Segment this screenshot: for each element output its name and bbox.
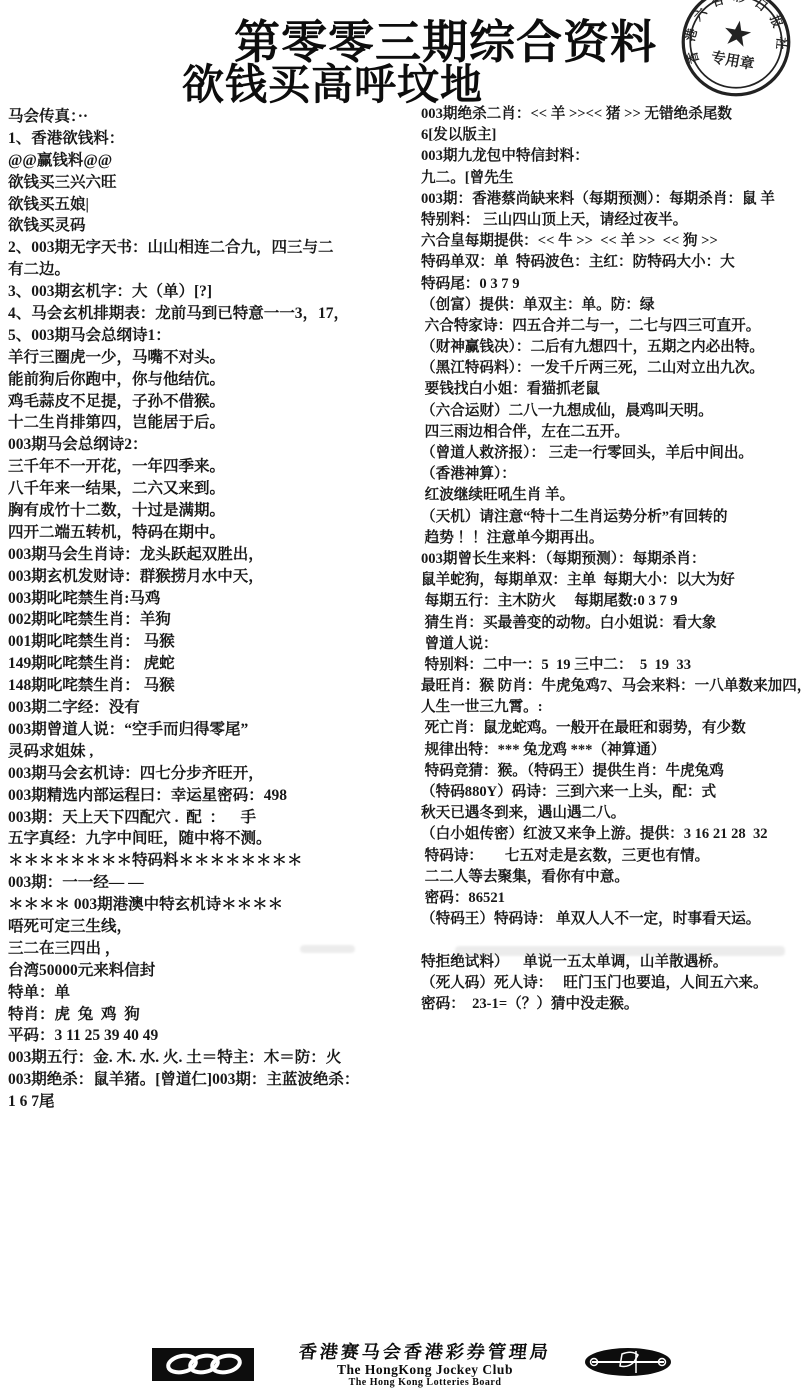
text-line: 003期绝杀二肖：<< 羊 >><< 猪 >> 无错绝杀尾数 <box>421 104 807 125</box>
text-line: 灵码求姐妹 , <box>8 741 418 763</box>
text-line: 4、马会玄机排期表：龙前马到已特意一一3，17， <box>8 303 418 325</box>
right-column: 003期绝杀二肖：<< 羊 >><< 猪 >> 无错绝杀尾数6[发以版主]003… <box>421 104 807 1015</box>
scan-noise <box>455 946 785 956</box>
text-line: 九二。[曾先生 <box>421 168 807 189</box>
text-line: （香港神算）： <box>421 464 807 485</box>
text-line: 1、香港欲钱料： <box>8 128 418 150</box>
text-line: 003期曾长生来料：（每期预测）：每期杀肖： <box>421 549 807 570</box>
footer: 香港赛马会香港彩券管理局 The HongKong Jockey Club Th… <box>0 1338 807 1388</box>
text-line: 密码： 23-1=（？）猜中没走猴。 <box>421 994 807 1015</box>
text-line: 胸有成竹十二数，十过是满期。 <box>8 500 418 522</box>
text-line: 特别料： 三山四山顶上天，请经过夜半。 <box>421 210 807 231</box>
text-line: 3、003期玄机字：大（单）[?] <box>8 281 418 303</box>
text-line: 三千年不一开花，一年四季来。 <box>8 456 418 478</box>
text-line: （曾道人救济报）： 三走一行零回头，羊后中间出。 <box>421 443 807 464</box>
text-line: 秋天已遇冬到来，遇山遇二八。 <box>421 803 807 824</box>
footer-text: 香港赛马会香港彩券管理局 The HongKong Jockey Club Th… <box>270 1338 580 1388</box>
text-line: 鼠羊蛇狗，每期单双：主单 每期大小：以大为好 <box>421 570 807 591</box>
stamp: 香港六合彩日报社 ★ 专用章 <box>671 0 801 107</box>
text-line: （特码王）特码诗： 单双人人不一定，时事看天运。 <box>421 909 807 930</box>
page-title-line-2: 欲钱买高呼坟地 <box>182 52 483 112</box>
text-line: 有二边。 <box>8 259 418 281</box>
text-line: 003期叱咤禁生肖:马鸡 <box>8 588 418 610</box>
text-line: 003期马会总纲诗2： <box>8 434 418 456</box>
text-line: 特别料：二中一：5 19 三中二： 5 19 33 <box>421 655 807 676</box>
text-line: 十二生肖排第四，岂能居于后。 <box>8 412 418 434</box>
text-line: 003期马会玄机诗：四七分步齐旺开， <box>8 763 418 785</box>
text-line: 猜生肖：买最善变的动物。白小姐说：看大象 <box>421 613 807 634</box>
text-line: （天机）请注意“特十二生肖运势分析”有回转的 <box>421 507 807 528</box>
text-line: 鸡毛蒜皮不足提，子孙不借猴。 <box>8 391 418 413</box>
text-line: 003期马会生肖诗：龙头跃起双胜出， <box>8 544 418 566</box>
text-line: 八千年来一结果，二六又来到。 <box>8 478 418 500</box>
text-line: 人生一世三九霄。: <box>421 697 807 718</box>
text-line: 6[发以版主] <box>421 125 807 146</box>
text-line: 003期：一一经— — <box>8 872 418 894</box>
text-line: （六合运财）二八一九想成仙，晨鸡叫天明。 <box>421 401 807 422</box>
jockey-club-logo <box>152 1348 254 1381</box>
text-line: 003期五行：金. 木. 水. 火. 土＝特主：木＝防：火 <box>8 1047 418 1069</box>
text-line: 5、003期马会总纲诗1： <box>8 325 418 347</box>
text-line: 唔死可定三生线， <box>8 916 418 938</box>
text-line: 特单：单 <box>8 982 418 1004</box>
text-line: 曾道人说： <box>421 634 807 655</box>
text-line: 003期曾道人说：“空手而归得零尾” <box>8 719 418 741</box>
text-line: 003期：香港蔡尚缺来料（每期预测）：每期杀肖：鼠 羊 <box>421 189 807 210</box>
text-line: 149期叱咤禁生肖： 虎蛇 <box>8 653 418 675</box>
text-line: （财神赢钱决）：二后有九想四十，五期之内必出特。 <box>421 337 807 358</box>
scanned-lottery-sheet: 第零零三期综合资料 欲钱买高呼坟地 香港六合彩日报社 ★ 专用章 马会传真：··… <box>0 0 807 1388</box>
text-line: 2、003期无字天书：山山相连二合九，四三与二 <box>8 237 418 259</box>
footer-lotteries-board: The Hong Kong Lotteries Board <box>270 1377 580 1388</box>
stamp-star-icon: ★ <box>719 13 756 56</box>
text-line: （黑江特码料）：一发千斤两三死，二山对立出九次。 <box>421 358 807 379</box>
footer-chinese-name: 香港赛马会香港彩券管理局 <box>269 1338 582 1364</box>
text-line: 特肖：虎 兔 鸡 狗 <box>8 1004 418 1026</box>
text-line: 002期叱咤禁生肖：羊狗 <box>8 609 418 631</box>
text-line: 特码尾：0 3 7 9 <box>421 274 807 295</box>
text-line: 规律出特：*** 兔龙鸡 ***（神算通） <box>421 740 807 761</box>
text-line: 每期五行：主木防火 每期尾数:0 3 7 9 <box>421 591 807 612</box>
text-line: 六合皇每期提供：<< 牛 >> << 羊 >> << 狗 >> <box>421 231 807 252</box>
left-column: 马会传真：··1、香港欲钱料：@@赢钱料@@欲钱买三兴六旺欲钱买五娘|欲钱买灵码… <box>8 106 418 1113</box>
text-line: @@赢钱料@@ <box>8 150 418 172</box>
text-line: 欲钱买三兴六旺 <box>8 172 418 194</box>
text-line: 要钱找白小姐：看猫抓老鼠 <box>421 379 807 400</box>
text-line: 1 6 7尾 <box>8 1091 418 1113</box>
text-line: 003期：天上天下四配穴 . 配 ： 手 <box>8 807 418 829</box>
text-line: 五字真经：九字中间旺，随中将不测。 <box>8 828 418 850</box>
text-line: 001期叱咤禁生肖： 马猴 <box>8 631 418 653</box>
text-line: （死人码）死人诗： 旺门玉门也要追，人间五六来。 <box>421 973 807 994</box>
text-line: 密码：86521 <box>421 888 807 909</box>
text-line: （白小姐传密）红波又来争上游。提供：3 16 21 28 32 <box>421 824 807 845</box>
text-line: 特码诗： 七五对走是玄数，三更也有情。 <box>421 846 807 867</box>
text-line: 二二人等去聚集，看你有中意。 <box>421 867 807 888</box>
text-line: 平码：3 11 25 39 40 49 <box>8 1025 418 1047</box>
text-line: 特码竞猜：猴。（特码王）提供生肖：牛虎兔鸡 <box>421 761 807 782</box>
text-line: 台湾50000元来料信封 <box>8 960 418 982</box>
text-line: 003期玄机发财诗：群猴捞月水中天， <box>8 566 418 588</box>
text-line: 四开二端五转机，特码在期中。 <box>8 522 418 544</box>
text-line: 六合特家诗：四五合并二与一，二七与四三可直开。 <box>421 316 807 337</box>
text-line: 欲钱买灵码 <box>8 215 418 237</box>
text-line: 四三雨边相合伴，左在二五开。 <box>421 422 807 443</box>
text-line: 003期绝杀：鼠羊猪。[曾道仁]003期：主蓝波绝杀： <box>8 1069 418 1091</box>
text-line: （特码880Y）码诗：三到六来一上头，配：式 <box>421 782 807 803</box>
text-line: 马会传真：·· <box>8 106 418 128</box>
footer-english-name: The HongKong Jockey Club <box>270 1362 580 1378</box>
text-line: 148期叱咤禁生肖： 马猴 <box>8 675 418 697</box>
text-line: 003期九龙包中特信封料： <box>421 146 807 167</box>
text-line: 欲钱买五娘| <box>8 194 418 216</box>
text-line: 趋势 ！！注意单今期再出。 <box>421 528 807 549</box>
text-line: 三二在三四出 ， <box>8 938 418 960</box>
text-line: 003期二字经：没有 <box>8 697 418 719</box>
scan-noise <box>300 945 355 953</box>
lotteries-board-logo <box>584 1346 672 1378</box>
text-line: 红波继续旺吼生肖 羊。 <box>421 485 807 506</box>
text-line: 能前狗后你跑中，你与他结伉。 <box>8 369 418 391</box>
text-line: （创富）提供：单双主：单。防：绿 <box>421 295 807 316</box>
text-line: 羊行三圈虎一少，马嘴不对头。 <box>8 347 418 369</box>
text-line: 死亡肖：鼠龙蛇鸡。一般开在最旺和弱势，有少数 <box>421 718 807 739</box>
text-line: 特码单双：单 特码波色：主红：防特码大小：大 <box>421 252 807 273</box>
text-line: 003期精选内部运程曰：幸运星密码：498 <box>8 785 418 807</box>
text-line: 最旺肖：猴 防肖：牛虎兔鸡7、马会来料：一八单数来加四， <box>421 676 807 697</box>
text-line: ＊＊＊＊＊＊＊＊特码料＊＊＊＊＊＊＊＊ <box>8 850 418 872</box>
text-line: ＊＊＊＊ 003期港澳中特玄机诗＊＊＊＊ <box>8 894 418 916</box>
